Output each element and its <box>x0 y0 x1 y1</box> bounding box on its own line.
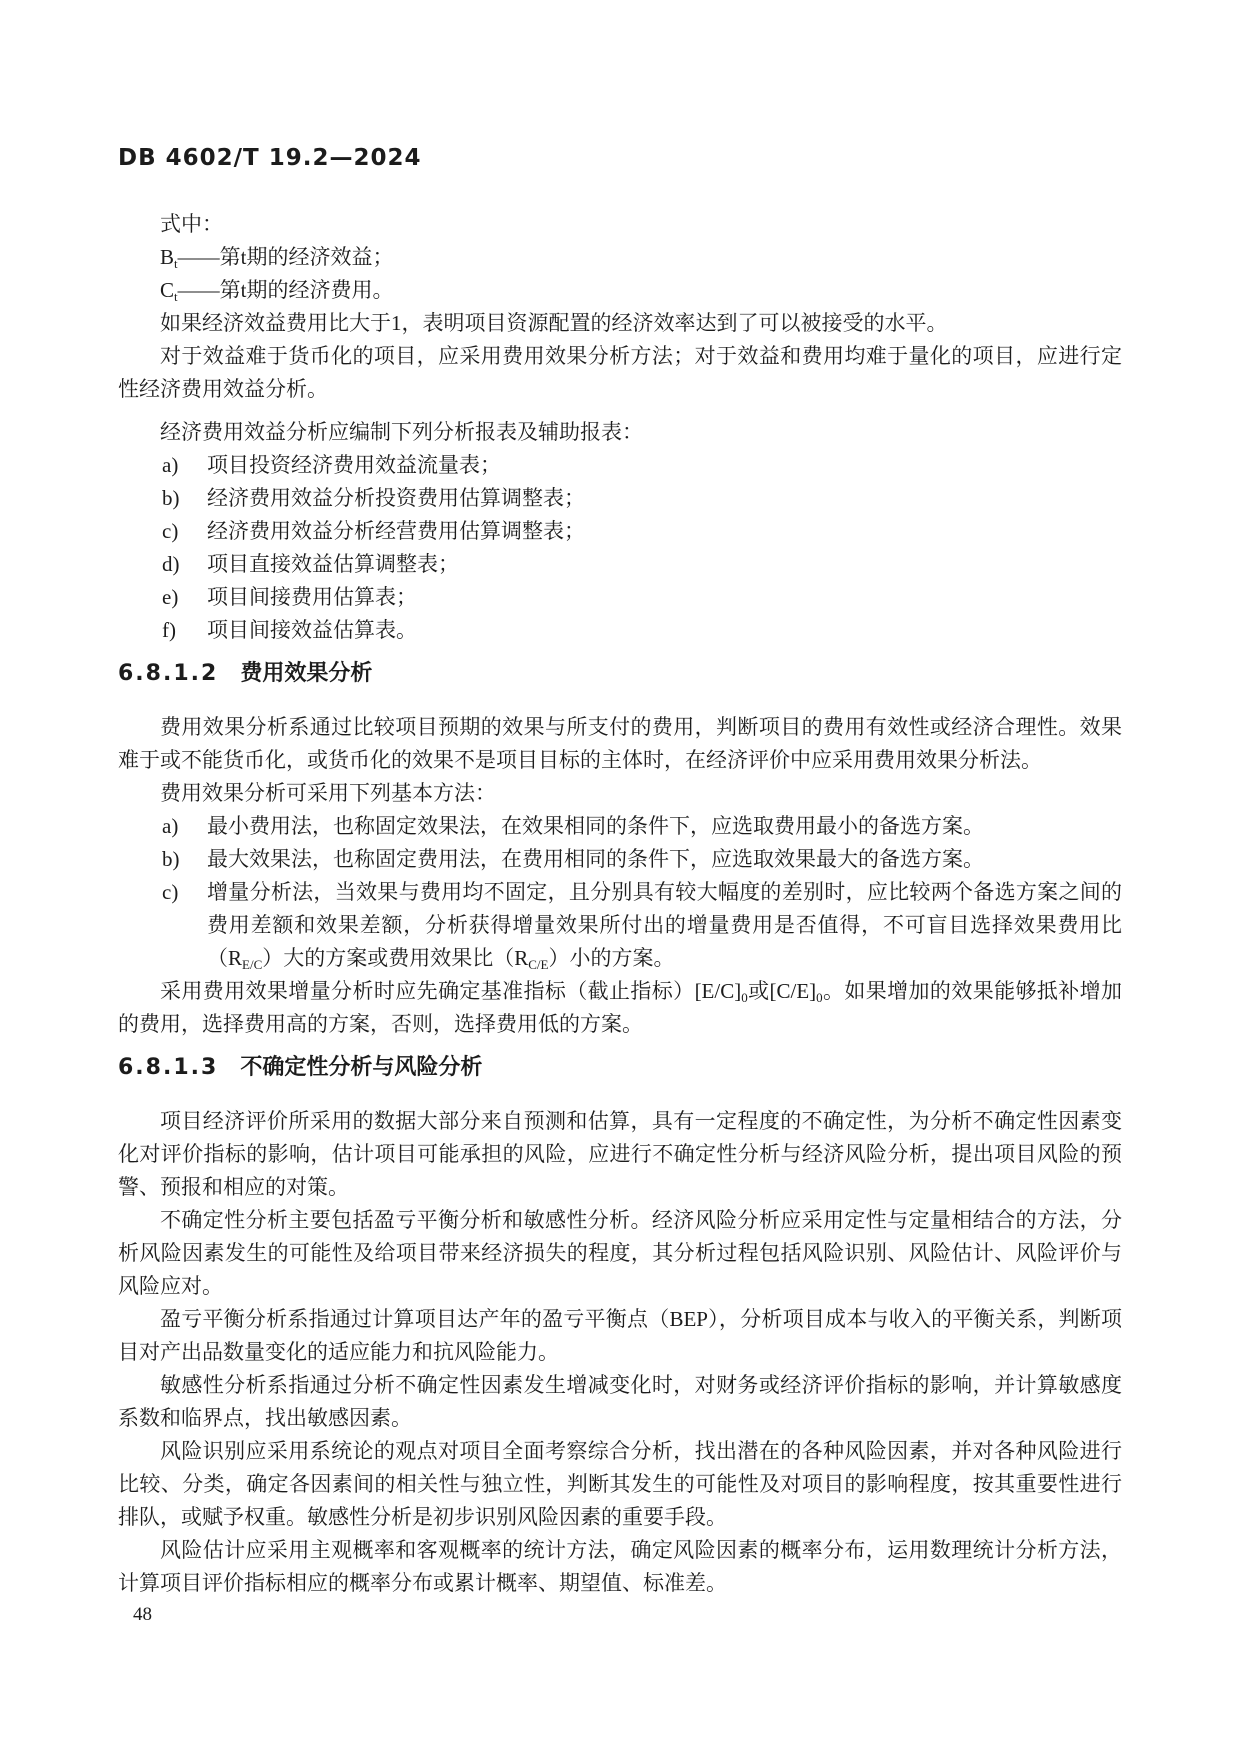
standard-number-header: DB 4602/T 19.2—2024 <box>118 146 1122 170</box>
paragraph-cost-effect-intro: 费用效果分析系通过比较项目预期的效果与所支付的费用，判断项目的费用有效性或经济合… <box>118 711 1122 777</box>
list-item-label: a) <box>162 810 207 843</box>
paragraph-methods-intro: 费用效果分析可采用下列基本方法： <box>118 777 1122 810</box>
section-title: 费用效果分析 <box>240 661 372 686</box>
list-item-text: 经济费用效益分析投资费用估算调整表； <box>207 482 1122 515</box>
section-heading-cost-effect: 6.8.1.2费用效果分析 <box>118 659 1122 689</box>
definition-ct-symbol: C <box>160 278 174 302</box>
list-item-label: d) <box>162 548 207 581</box>
formula-where-label: 式中： <box>118 208 1122 241</box>
ratio-subscript-ec: E/C <box>242 957 262 972</box>
list-item-label: e) <box>162 581 207 614</box>
list-item-label: c) <box>162 876 207 975</box>
list-item-text: 最小费用法，也称固定效果法，在效果相同的条件下，应选取费用最小的备选方案。 <box>207 810 1122 843</box>
method-list-item-b: b) 最大效果法，也称固定费用法，在费用相同的条件下，应选取效果最大的备选方案。 <box>118 843 1122 876</box>
list-item-text: 增量分析法，当效果与费用均不固定，且分别具有较大幅度的差别时，应比较两个备选方案… <box>207 876 1122 975</box>
paragraph-increment-analysis: 采用费用效果增量分析时应先确定基准指标（截止指标）[E/C]0或[C/E]0。如… <box>118 975 1122 1041</box>
paragraph-report-tables-intro: 经济费用效益分析应编制下列分析报表及辅助报表： <box>118 416 1122 449</box>
method-c-text-2: ）大的方案或费用效果比（R <box>262 946 528 970</box>
paragraph-analysis-scope: 不确定性分析主要包括盈亏平衡分析和敏感性分析。经济风险分析应采用定性与定量相结合… <box>118 1204 1122 1303</box>
definition-bt-text: ——第t期的经济效益； <box>178 245 394 269</box>
report-list-item-c: c) 经济费用效益分析经营费用估算调整表； <box>118 515 1122 548</box>
report-list-item-e: e) 项目间接费用估算表； <box>118 581 1122 614</box>
definition-ct: Ct——第t期的经济费用。 <box>118 274 1122 307</box>
list-item-text: 项目直接效益估算调整表； <box>207 548 1122 581</box>
report-list-item-b: b) 经济费用效益分析投资费用估算调整表； <box>118 482 1122 515</box>
report-list-item-a: a) 项目投资经济费用效益流量表； <box>118 449 1122 482</box>
paragraph-sensitivity: 敏感性分析系指通过分析不确定性因素发生增减变化时，对财务或经济评价指标的影响，并… <box>118 1369 1122 1435</box>
section-heading-uncertainty: 6.8.1.3不确定性分析与风险分析 <box>118 1053 1122 1083</box>
paragraph-risk-estimation: 风险估计应采用主观概率和客观概率的统计方法，确定风险因素的概率分布，运用数理统计… <box>118 1534 1122 1600</box>
document-page: DB 4602/T 19.2—2024 式中： Bt——第t期的经济效益； Ct… <box>0 0 1241 1754</box>
list-item-label: b) <box>162 843 207 876</box>
method-list-item-c: c) 增量分析法，当效果与费用均不固定，且分别具有较大幅度的差别时，应比较两个备… <box>118 876 1122 975</box>
list-item-text: 最大效果法，也称固定费用法，在费用相同的条件下，应选取效果最大的备选方案。 <box>207 843 1122 876</box>
page-number: 48 <box>133 1602 1122 1628</box>
list-item-label: f) <box>162 614 207 647</box>
method-c-text-3: ）小的方案。 <box>549 946 675 970</box>
definition-bt: Bt——第t期的经济效益； <box>118 241 1122 274</box>
increment-text-2: 或[C/E] <box>748 979 816 1003</box>
paragraph-break-even: 盈亏平衡分析系指通过计算项目达产年的盈亏平衡点（BEP），分析项目成本与收入的平… <box>118 1303 1122 1369</box>
paragraph-risk-identification: 风险识别应采用系统论的观点对项目全面考察综合分析，找出潜在的各种风险因素，并对各… <box>118 1435 1122 1534</box>
increment-text-1: 采用费用效果增量分析时应先确定基准指标（截止指标）[E/C] <box>160 979 741 1003</box>
list-item-label: c) <box>162 515 207 548</box>
definition-ct-text: ——第t期的经济费用。 <box>178 278 394 302</box>
section-number: 6.8.1.3 <box>118 1055 218 1080</box>
definition-bt-symbol: B <box>160 245 174 269</box>
list-item-text: 项目投资经济费用效益流量表； <box>207 449 1122 482</box>
ratio-subscript-ce: C/E <box>528 957 548 972</box>
paragraph-monetization: 对于效益难于货币化的项目，应采用费用效果分析方法；对于效益和费用均难于量化的项目… <box>118 340 1122 406</box>
paragraph-benefit-cost-ratio: 如果经济效益费用比大于1，表明项目资源配置的经济效率达到了可以被接受的水平。 <box>118 307 1122 340</box>
method-list-item-a: a) 最小费用法，也称固定效果法，在效果相同的条件下，应选取费用最小的备选方案。 <box>118 810 1122 843</box>
list-item-text: 项目间接效益估算表。 <box>207 614 1122 647</box>
section-title: 不确定性分析与风险分析 <box>240 1055 482 1080</box>
report-list-item-f: f) 项目间接效益估算表。 <box>118 614 1122 647</box>
list-item-label: b) <box>162 482 207 515</box>
list-item-text: 经济费用效益分析经营费用估算调整表； <box>207 515 1122 548</box>
list-item-label: a) <box>162 449 207 482</box>
paragraph-uncertainty-intro: 项目经济评价所采用的数据大部分来自预测和估算，具有一定程度的不确定性，为分析不确… <box>118 1105 1122 1204</box>
list-item-text: 项目间接费用估算表； <box>207 581 1122 614</box>
report-list-item-d: d) 项目直接效益估算调整表； <box>118 548 1122 581</box>
section-number: 6.8.1.2 <box>118 661 218 686</box>
